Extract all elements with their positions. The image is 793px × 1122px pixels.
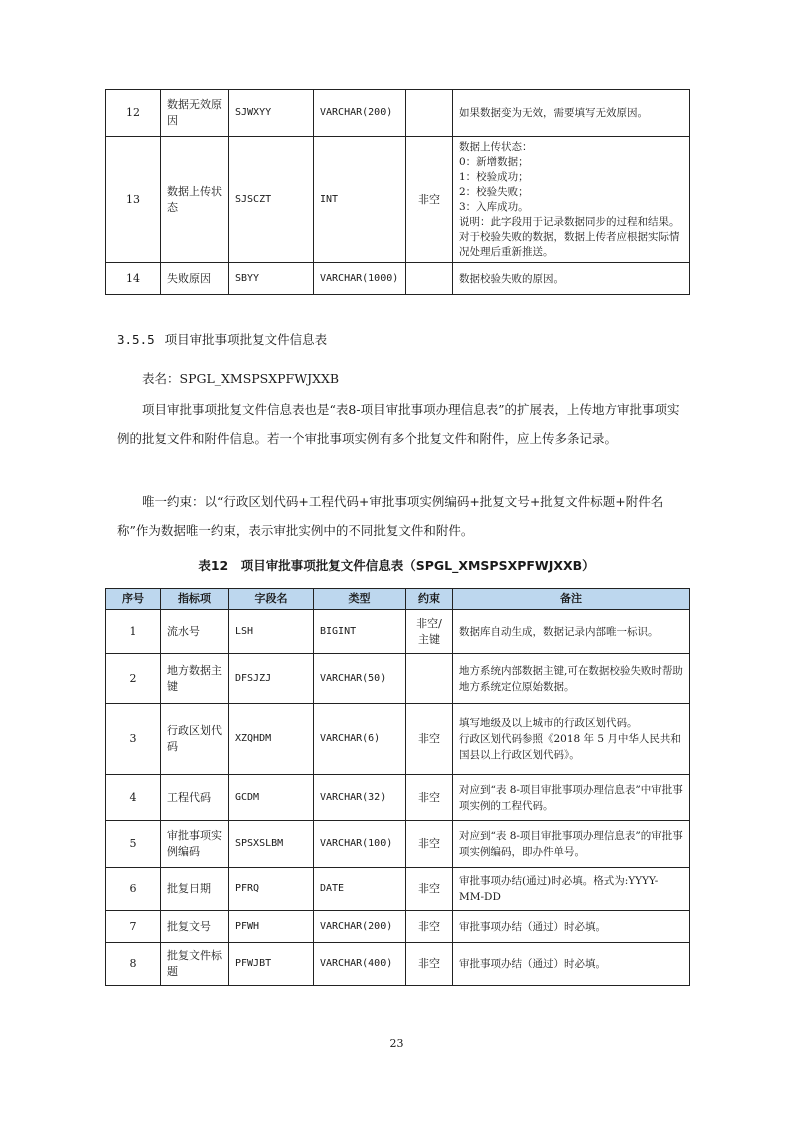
table-row: 7 批复文号 PFWH VARCHAR(200) 非空 审批事项办结（通过）时必… xyxy=(106,911,690,943)
cell-field: PFRQ xyxy=(229,868,314,911)
cell-note: 如果数据变为无效，需要填写无效原因。 xyxy=(453,90,690,137)
cell-type: BIGINT xyxy=(314,610,406,654)
table-header-row: 序号 指标项 字段名 类型 约束 备注 xyxy=(106,589,690,610)
cell-note: 审批事项办结（通过）时必填。 xyxy=(453,911,690,943)
cell-type: VARCHAR(100) xyxy=(314,821,406,868)
header-no: 序号 xyxy=(106,589,161,610)
cell-constraint: 非空 xyxy=(406,704,453,775)
table-row: 14 失败原因 SBYY VARCHAR(1000) 数据校验失败的原因。 xyxy=(106,263,690,295)
cell-field: DFSJZJ xyxy=(229,654,314,704)
header-constraint: 约束 xyxy=(406,589,453,610)
cell-item: 批复文号 xyxy=(161,911,229,943)
cell-note: 数据校验失败的原因。 xyxy=(453,263,690,295)
cell-item: 失败原因 xyxy=(161,263,229,295)
cell-type: VARCHAR(1000) xyxy=(314,263,406,295)
header-field: 字段名 xyxy=(229,589,314,610)
cell-item: 地方数据主键 xyxy=(161,654,229,704)
cell-constraint: 非空 xyxy=(406,775,453,821)
table-row: 2 地方数据主键 DFSJZJ VARCHAR(50) 地方系统内部数据主键,可… xyxy=(106,654,690,704)
table-row: 3 行政区划代码 XZQHDM VARCHAR(6) 非空 填写地级及以上城市的… xyxy=(106,704,690,775)
table-row: 12 数据无效原因 SJWXYY VARCHAR(200) 如果数据变为无效，需… xyxy=(106,90,690,137)
cell-type: VARCHAR(50) xyxy=(314,654,406,704)
cell-field: PFWH xyxy=(229,911,314,943)
cell-item: 流水号 xyxy=(161,610,229,654)
cell-no: 3 xyxy=(106,704,161,775)
cell-field: SBYY xyxy=(229,263,314,295)
table-row: 1 流水号 LSH BIGINT 非空/主键 数据库自动生成，数据记录内部唯一标… xyxy=(106,610,690,654)
cell-note: 地方系统内部数据主键,可在数据校验失败时帮助地方系统定位原始数据。 xyxy=(453,654,690,704)
cell-type: DATE xyxy=(314,868,406,911)
section-heading: 3.5.5项目审批事项批复文件信息表 xyxy=(117,330,327,348)
cell-constraint: 非空 xyxy=(406,137,453,263)
cell-note: 审批事项办结(通过)时必填。格式为:YYYY-MM-DD xyxy=(453,868,690,911)
cell-no: 13 xyxy=(106,137,161,263)
header-note: 备注 xyxy=(453,589,690,610)
cell-constraint xyxy=(406,654,453,704)
cell-field: SJSCZT xyxy=(229,137,314,263)
cell-item: 审批事项实例编码 xyxy=(161,821,229,868)
cell-constraint: 非空 xyxy=(406,868,453,911)
table-name-paragraph: 表名：SPGL_XMSPSXPFWJXXB xyxy=(117,364,689,393)
table-row: 6 批复日期 PFRQ DATE 非空 审批事项办结(通过)时必填。格式为:YY… xyxy=(106,868,690,911)
cell-no: 14 xyxy=(106,263,161,295)
cell-note: 对应到“表 8-项目审批事项办理信息表”的审批事项实例编码，即办件单号。 xyxy=(453,821,690,868)
cell-item: 数据无效原因 xyxy=(161,90,229,137)
approval-file-table: 序号 指标项 字段名 类型 约束 备注 1 流水号 LSH BIGINT 非空/… xyxy=(105,588,690,986)
section-title: 项目审批事项批复文件信息表 xyxy=(165,332,328,347)
cell-note: 对应到“表 8-项目审批事项办理信息表”中审批事项实例的工程代码。 xyxy=(453,775,690,821)
cell-no: 7 xyxy=(106,911,161,943)
cell-type: VARCHAR(32) xyxy=(314,775,406,821)
header-item: 指标项 xyxy=(161,589,229,610)
cell-no: 8 xyxy=(106,943,161,986)
table-row: 8 批复文件标题 PFWJBT VARCHAR(400) 非空 审批事项办结（通… xyxy=(106,943,690,986)
unique-constraint-paragraph: 唯一约束：以“行政区划代码+工程代码+审批事项实例编码+批复文号+批复文件标题+… xyxy=(117,487,689,545)
cell-no: 12 xyxy=(106,90,161,137)
cell-field: LSH xyxy=(229,610,314,654)
description-paragraph: 项目审批事项批复文件信息表也是“表8-项目审批事项办理信息表”的扩展表，上传地方… xyxy=(117,395,689,453)
cell-no: 6 xyxy=(106,868,161,911)
cell-type: INT xyxy=(314,137,406,263)
cell-field: PFWJBT xyxy=(229,943,314,986)
cell-constraint: 非空 xyxy=(406,911,453,943)
cell-type: VARCHAR(400) xyxy=(314,943,406,986)
cell-note: 数据库自动生成，数据记录内部唯一标识。 xyxy=(453,610,690,654)
cell-constraint: 非空/主键 xyxy=(406,610,453,654)
cell-item: 工程代码 xyxy=(161,775,229,821)
cell-field: GCDM xyxy=(229,775,314,821)
cell-item: 数据上传状态 xyxy=(161,137,229,263)
cell-no: 1 xyxy=(106,610,161,654)
cell-constraint xyxy=(406,90,453,137)
cell-item: 批复文件标题 xyxy=(161,943,229,986)
cell-constraint xyxy=(406,263,453,295)
cell-item: 批复日期 xyxy=(161,868,229,911)
table-row: 4 工程代码 GCDM VARCHAR(32) 非空 对应到“表 8-项目审批事… xyxy=(106,775,690,821)
cell-no: 4 xyxy=(106,775,161,821)
cell-note: 数据上传状态： 0：新增数据； 1：校验成功； 2：校验失败； 3：入库成功。 … xyxy=(453,137,690,263)
header-type: 类型 xyxy=(314,589,406,610)
cell-constraint: 非空 xyxy=(406,943,453,986)
section-number: 3.5.5 xyxy=(117,332,155,347)
table-row: 13 数据上传状态 SJSCZT INT 非空 数据上传状态： 0：新增数据； … xyxy=(106,137,690,263)
cell-field: XZQHDM xyxy=(229,704,314,775)
cell-field: SJWXYY xyxy=(229,90,314,137)
cell-field: SPSXSLBM xyxy=(229,821,314,868)
cell-type: VARCHAR(6) xyxy=(314,704,406,775)
cell-type: VARCHAR(200) xyxy=(314,90,406,137)
cell-no: 5 xyxy=(106,821,161,868)
page-number: 23 xyxy=(0,1037,793,1050)
table-row: 5 审批事项实例编码 SPSXSLBM VARCHAR(100) 非空 对应到“… xyxy=(106,821,690,868)
cell-no: 2 xyxy=(106,654,161,704)
cell-constraint: 非空 xyxy=(406,821,453,868)
cell-note: 填写地级及以上城市的行政区划代码。 行政区划代码参照《2018 年 5 月中华人… xyxy=(453,704,690,775)
table-caption: 表12 项目审批事项批复文件信息表（SPGL_XMSPSXPFWJXXB） xyxy=(0,556,793,574)
cell-item: 行政区划代码 xyxy=(161,704,229,775)
top-table-continuation: 12 数据无效原因 SJWXYY VARCHAR(200) 如果数据变为无效，需… xyxy=(105,89,690,295)
cell-type: VARCHAR(200) xyxy=(314,911,406,943)
cell-note: 审批事项办结（通过）时必填。 xyxy=(453,943,690,986)
